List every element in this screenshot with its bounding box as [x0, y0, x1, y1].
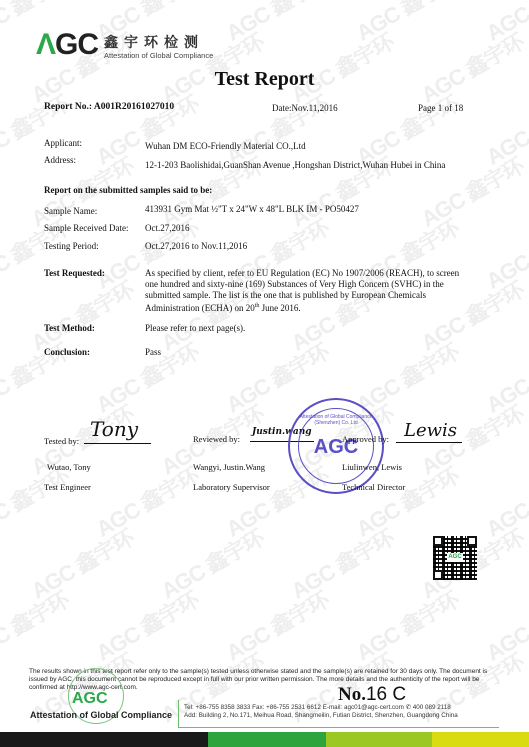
footer-bar-yellow: [432, 732, 529, 747]
reviewed-by-role: Laboratory Supervisor: [193, 482, 270, 492]
received-date-label: Sample Received Date:: [44, 223, 128, 233]
company-seal: Attestation of Global Compliance (Shenzh…: [288, 398, 384, 494]
qr-finder: [433, 536, 443, 546]
date-label: Date:: [272, 103, 292, 113]
reviewed-by-label: Reviewed by:: [193, 434, 240, 444]
conclusion-value: Pass: [145, 347, 161, 357]
qr-center-logo: AGC: [447, 553, 463, 562]
test-method-value: Please refer to next page(s).: [145, 323, 245, 333]
conclusion-label: Conclusion:: [44, 347, 90, 357]
requested-line: one hundred and sixty-nine (169) Substan…: [145, 279, 485, 290]
requested-line: As specified by client, refer to EU Regu…: [145, 268, 485, 279]
footer-bar-black: [0, 732, 208, 747]
testing-period-value: Oct.27,2016 to Nov.11,2016: [145, 241, 247, 251]
approved-by-signature-line: Lewis: [396, 420, 462, 443]
report-date: Date:Nov.11,2016: [272, 103, 338, 113]
test-requested-text: As specified by client, refer to EU Regu…: [145, 268, 485, 314]
footer-logo-mark: AGC: [72, 690, 172, 708]
requested-line: Administration (ECHA) on 20th June 2016.: [145, 301, 485, 314]
test-method-label: Test Method:: [44, 323, 95, 333]
applicant-label: Applicant:: [44, 138, 82, 148]
requested-text: June 2016.: [259, 303, 300, 313]
date-value: Nov.11,2016: [292, 103, 338, 113]
logo-mark: ΛGC: [36, 30, 98, 60]
footer-contact: Tel: +86-755 8358 3833 Fax: +86-755 2531…: [184, 704, 458, 720]
footer-logo-subtitle: Attestation of Global Compliance: [30, 710, 172, 720]
footer-bar-lime: [326, 732, 432, 747]
logo-subtitle: Attestation of Global Compliance: [104, 51, 213, 60]
qr-finder: [433, 570, 443, 580]
qr-code: AGC: [433, 536, 477, 580]
tested-by-signature: Tony: [90, 417, 138, 441]
sample-name-label: Sample Name:: [44, 206, 97, 216]
test-requested-label: Test Requested:: [44, 268, 105, 278]
footer-bar-green: [208, 732, 326, 747]
received-date-value: Oct.27,2016: [145, 223, 190, 233]
approved-by-role: Technical Director: [342, 482, 405, 492]
logo-chinese: 鑫宇环检测: [104, 36, 213, 51]
address-label: Address:: [44, 155, 76, 165]
report-no-value: A001R20161027010: [94, 102, 174, 112]
seal-ring-text: Attestation of Global Compliance (Shenzh…: [290, 414, 382, 426]
sample-name-value: 413931 Gym Mat ½"T x 24"W x 48"L BLK IM …: [145, 204, 359, 214]
requested-line: submitted sample. The list is the one th…: [145, 290, 485, 301]
testing-period-label: Testing Period:: [44, 241, 99, 251]
agc-logo: ΛGC 鑫宇环检测 Attestation of Global Complian…: [36, 30, 213, 60]
requested-text: Administration (ECHA) on 20: [145, 303, 255, 313]
contact-address: Add: Building 2, No.171, Meihua Road, Sh…: [184, 712, 458, 720]
sample-heading: Report on the submitted samples said to …: [44, 185, 212, 195]
page-title: Test Report: [0, 68, 529, 91]
approved-by-name: Liulinwen, Lewis: [342, 462, 402, 472]
tested-by-role: Test Engineer: [44, 482, 91, 492]
approved-by-label: Approved by:: [342, 434, 389, 444]
address-value: 12-1-203 Baolishidai,GuanShan Avenue ,Ho…: [145, 160, 445, 170]
report-no-label: Report No.:: [44, 102, 92, 112]
tested-by-label: Tested by:: [44, 436, 79, 446]
contact-line: Tel: +86-755 8358 3833 Fax: +86-755 2531…: [184, 704, 458, 712]
applicant-value: Wuhan DM ECO-Friendly Material CO.,Ltd: [145, 141, 306, 151]
footer-logo: AGC Attestation of Global Compliance: [30, 690, 172, 720]
tested-by-signature-line: Tony: [84, 417, 151, 444]
tested-by-name: Wutao, Tony: [47, 462, 91, 472]
reviewed-by-name: Wangyi, Justin.Wang: [193, 462, 265, 472]
approved-by-signature: Lewis: [404, 420, 457, 441]
report-number: Report No.: A001R20161027010: [44, 102, 174, 112]
page-indicator: Page 1 of 18: [418, 103, 463, 113]
qr-finder: [467, 536, 477, 546]
